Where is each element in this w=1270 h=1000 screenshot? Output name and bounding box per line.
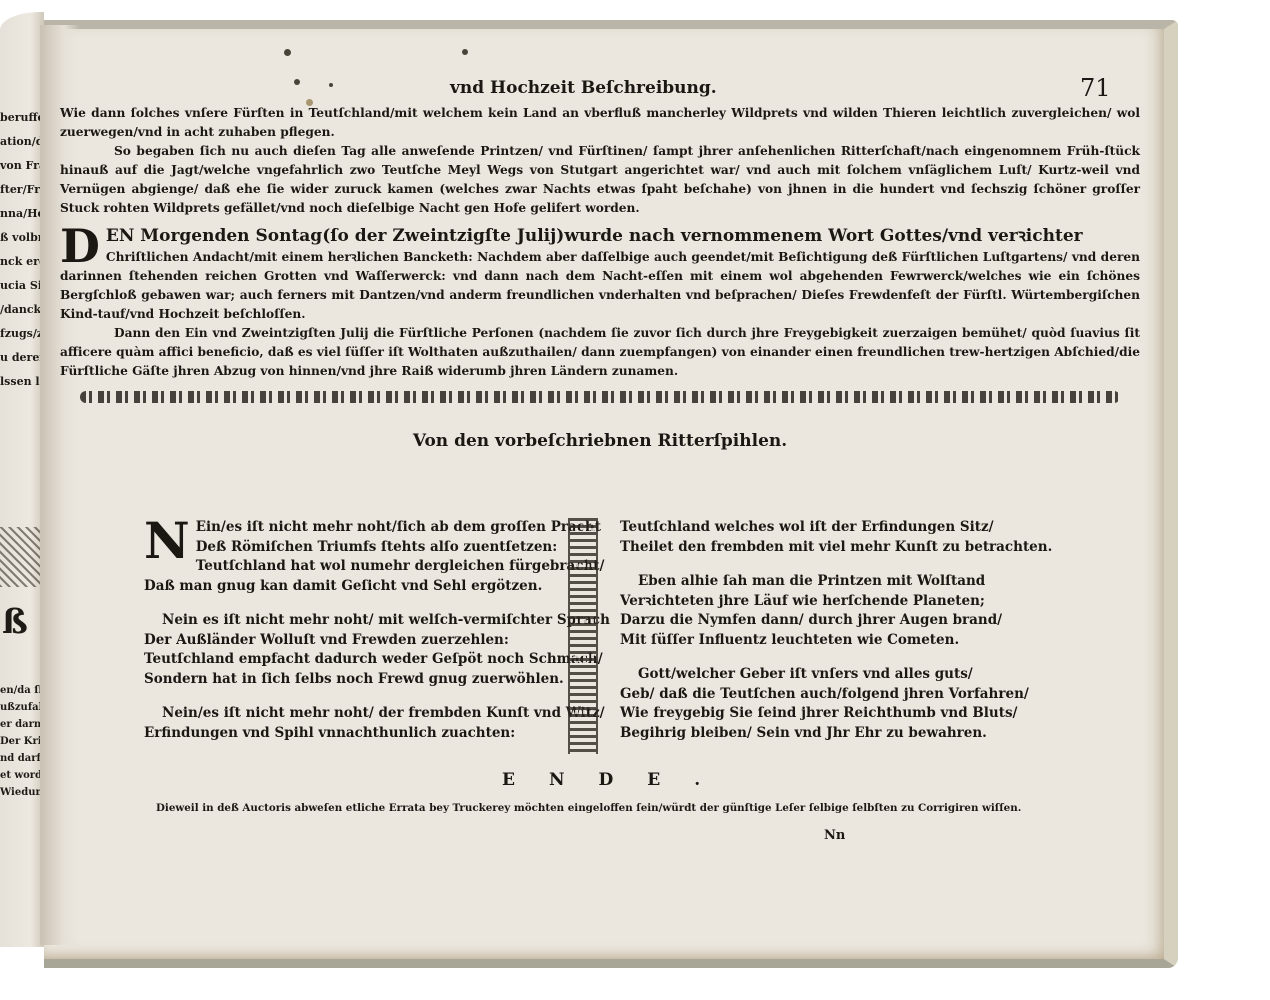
verse-line: Sondern hat in ſich ſelbs noch Frewd gnu… — [144, 670, 604, 690]
left-page-fragments-top: beruffen/d ation/dan von Fränk fter/Frän… — [0, 112, 44, 400]
stanza: Gott/welcher Geber iſt vnſers vnd alles … — [620, 665, 1050, 743]
paragraph: Wie dann ſolches vnſere Fürſten in Teutſ… — [60, 104, 1140, 142]
verse-line: Mit ſüſſer Influentz leuchteten wie Come… — [620, 631, 1050, 651]
page-number: 71 — [1080, 74, 1111, 102]
finis: ENDE. — [502, 770, 734, 790]
fragment: nna/Herz — [0, 208, 44, 220]
verse-line: Deß Römiſchen Triumfs ſtehts alſo zuentſ… — [144, 538, 604, 558]
verse-line: Nein es iſt nicht mehr noht/ mit welſch-… — [144, 611, 604, 631]
verse-line: Gott/welcher Geber iſt vnſers vnd alles … — [620, 665, 1050, 685]
verse-line: Darzu die Nymfen dann/ durch jhrer Augen… — [620, 611, 1050, 631]
verse-line: Teutſchland welches wol iſt der Erfindun… — [620, 518, 1050, 538]
catchword: Nn — [824, 828, 845, 843]
ink-spot — [284, 49, 291, 56]
verse-line: Verꝛichteten jhre Läuf wie herſchende Pl… — [620, 592, 1050, 612]
stanza: N Ein/es iſt nicht mehr noht/ſich ab dem… — [144, 518, 604, 596]
verse-line: Theilet den frembden mit viel mehr Kunſt… — [620, 538, 1050, 558]
verse-line: Wie freygebig Sie ſeind jhrer Reichthumb… — [620, 704, 1050, 724]
poem-right-column: Teutſchland welches wol iſt der Erfindun… — [620, 518, 1050, 758]
verse-line: Begihrig bleiben/ Sein vnd Jhr Ehr zu be… — [620, 724, 1050, 744]
stanza: Nein/es iſt nicht mehr noht/ der frembde… — [144, 704, 604, 743]
dropcap-rest: Chriſtlichen Andacht/mit einem herꝛliche… — [60, 250, 1140, 321]
fragment: ucia Sim — [0, 280, 44, 292]
paragraph: Dann den Ein vnd Zweintzigſten Julij die… — [60, 324, 1140, 381]
dropcap-first-line: EN Morgenden Sontag(ſo der Zweintzigſte … — [106, 226, 1083, 246]
poem-left-column: N Ein/es iſt nicht mehr noht/ſich ab dem… — [144, 518, 604, 758]
stanza: Nein es iſt nicht mehr noht/ mit welſch-… — [144, 611, 604, 689]
verse-line: Teutſchland hat wol numehr dergleichen f… — [144, 557, 604, 577]
fragment: nck erober — [0, 256, 44, 268]
ink-spot — [462, 49, 468, 55]
fragment: ation/dan — [0, 136, 44, 148]
errata-note: Dieweil in deß Auctoris abweſen etliche … — [156, 802, 1021, 814]
left-page-edge: beruffen/d ation/dan von Fränk fter/Frän… — [0, 12, 44, 947]
fragment: u deren m — [0, 352, 44, 364]
left-page-fragments-bottom: en/da ſi ußzufahr er darnnt Der Kriegs n… — [0, 682, 40, 801]
fragment: fter/Fränk — [0, 184, 44, 196]
ornamental-border — [80, 391, 1120, 403]
paragraph: So begaben ſich nu auch dieſen Tag alle … — [60, 142, 1140, 218]
fragment: en/da ſi — [0, 682, 40, 699]
poem-dropcap: N — [144, 518, 190, 564]
fragment: /danck. — [0, 304, 44, 316]
verse-line: Ein/es iſt nicht mehr noht/ſich ab dem g… — [144, 518, 604, 538]
fragment: er darnnt — [0, 716, 40, 733]
fragment: lssen lasse — [0, 376, 44, 388]
fragment: fzugs/zw — [0, 328, 44, 340]
fragment: nd darfür — [0, 750, 40, 767]
stanza: Eben alhie ſah man die Printzen mit Wolſ… — [620, 572, 1050, 650]
verse-line: Der Außländer Wolluſt vnd Frewden zuerze… — [144, 631, 604, 651]
verse-line: Eben alhie ſah man die Printzen mit Wolſ… — [620, 572, 1050, 592]
left-ornament — [0, 527, 40, 587]
fragment: Der Kriegs — [0, 733, 40, 750]
page-content: vnd Hochzeit Beſchreibung. 71 Wie dann ſ… — [60, 78, 1140, 451]
section-title: Von den vorbeſchriebnen Ritterſpihlen. — [60, 431, 1140, 451]
fragment: et worde — [0, 767, 40, 784]
prose-block: Wie dann ſolches vnſere Fürſten in Teutſ… — [60, 104, 1140, 381]
verse-line: Daß man gnug kan damit Geſicht vnd Sehl … — [144, 577, 604, 597]
verse-line: Nein/es iſt nicht mehr noht/ der frembde… — [144, 704, 604, 724]
verse-line: Teutſchland empfacht dadurch weder Geſpö… — [144, 650, 604, 670]
dropcap-paragraph: D EN Morgenden Sontag(ſo der Zweintzigſt… — [60, 224, 1140, 324]
fragment: beruffen/d — [0, 112, 44, 124]
fragment: Wiedum — [0, 784, 40, 801]
dropcap: D — [60, 226, 100, 266]
fragment: ußzufahr — [0, 699, 40, 716]
fragment: ß volbrach — [0, 232, 44, 244]
running-head: vnd Hochzeit Beſchreibung. — [450, 78, 717, 98]
fragment: von Fränk — [0, 160, 44, 172]
stanza: Teutſchland welches wol iſt der Erfindun… — [620, 518, 1050, 557]
vertical-ornament — [568, 518, 598, 754]
verse-line: Geb/ daß die Teutſchen auch/folgend jhre… — [620, 685, 1050, 705]
verse-line: Erfindungen vnd Spihl vnnachthunlich zua… — [144, 724, 604, 744]
page-header: vnd Hochzeit Beſchreibung. 71 — [60, 78, 1140, 100]
